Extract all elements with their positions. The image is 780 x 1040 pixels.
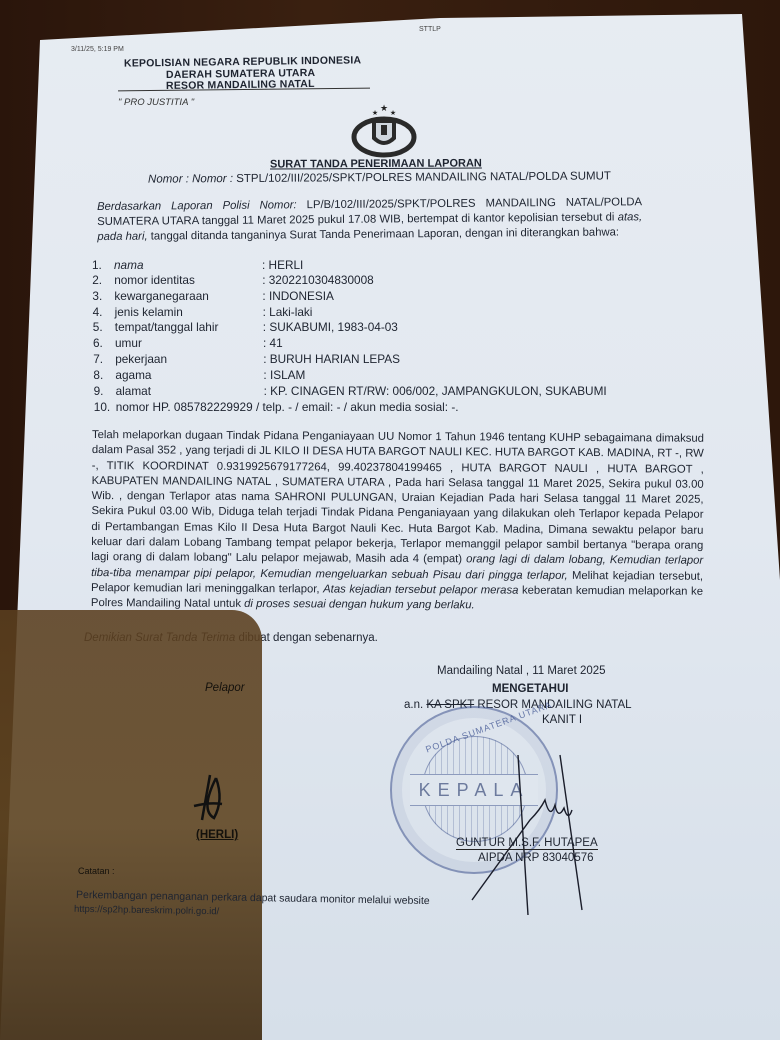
identity-value: : SUKABUMI, 1983-04-03	[263, 320, 398, 334]
form-code: STTLP	[419, 26, 441, 33]
officer-name: GUNTUR M.S.F. HUTAPEA	[456, 837, 598, 850]
print-timestamp: 3/11/25, 5:19 PM	[71, 46, 124, 53]
identity-row: 9.alamat: KP. CINAGEN RT/RW: 006/002, JA…	[94, 384, 607, 398]
identity-label: pekerjaan	[115, 352, 263, 366]
identity-label: tempat/tanggal lahir	[115, 320, 263, 334]
svg-text:★: ★	[390, 109, 396, 117]
identity-number: 4.	[93, 305, 115, 319]
an-line: a.n. KA SPKT RESOR MANDAILING NATAL	[404, 699, 632, 711]
identity-number: 9.	[94, 384, 116, 398]
report-part-4: Atas kejadian tersebut pelapor merasa	[323, 583, 518, 596]
identity-value: : INDONESIA	[262, 289, 333, 303]
mengetahui-label: MENGETAHUI	[492, 683, 568, 695]
svg-text:★: ★	[380, 103, 388, 113]
kanit-label: KANIT I	[542, 714, 582, 726]
officer-rank: AIPDA NRP 83040576	[478, 852, 594, 864]
identity-value: : HERLI	[262, 258, 303, 272]
identity-row: 6.umur: 41	[93, 336, 283, 350]
identity-label: nomor identitas	[114, 273, 262, 287]
identity-number: 3.	[92, 289, 114, 303]
catatan-label: Catatan :	[78, 866, 115, 876]
identity-number: 10.	[94, 400, 116, 414]
identity-value: : KP. CINAGEN RT/RW: 006/002, JAMPANGKUL…	[264, 384, 607, 398]
identity-value: : ISLAM	[263, 368, 305, 382]
identity-label: agama	[115, 368, 263, 382]
reporter-name: (HERLI)	[196, 829, 238, 841]
identity-number: 8.	[93, 368, 115, 382]
place-date: Mandailing Natal , 11 Maret 2025	[437, 665, 606, 677]
identity-row: 10.nomor HP. 085782229929 / telp. - / em…	[94, 400, 459, 414]
document-title: SURAT TANDA PENERIMAAN LAPORAN	[270, 157, 482, 170]
identity-row: 8.agama: ISLAM	[93, 368, 305, 382]
identity-value: : 3202210304830008	[262, 273, 374, 287]
identity-row: 1.nama: HERLI	[92, 258, 303, 272]
identity-label: umur	[115, 336, 263, 350]
identity-label: jenis kelamin	[115, 305, 263, 319]
svg-text:★: ★	[372, 109, 378, 117]
identity-label: nomor HP. 085782229929 / telp. - / email…	[116, 400, 459, 414]
identity-number: 2.	[92, 273, 114, 287]
pro-justitia: " PRO JUSTITIA "	[118, 97, 194, 108]
an-prefix: a.n.	[404, 699, 426, 711]
intro-prefix: Berdasarkan Laporan Polisi Nomor:	[97, 199, 297, 213]
identity-value: : Laki-laki	[263, 305, 313, 319]
reporter-signature-icon	[180, 770, 240, 830]
identity-label: kewarganegaraan	[114, 289, 262, 303]
report-paragraph: Telah melaporkan dugaan Tindak Pidana Pe…	[91, 428, 704, 615]
polri-emblem-icon: ★ ★ ★	[348, 101, 420, 159]
officer-signature-icon	[460, 750, 600, 920]
identity-number: 1.	[92, 258, 114, 272]
pelapor-label: Pelapor	[205, 682, 245, 694]
intro-paragraph: Berdasarkan Laporan Polisi Nomor: LP/B/1…	[97, 195, 642, 245]
identity-value: : BURUH HARIAN LEPAS	[263, 352, 400, 366]
identity-label: nama	[114, 258, 262, 272]
identity-label: alamat	[116, 384, 264, 398]
report-part-1: Telah melaporkan dugaan Tindak Pidana Pe…	[91, 429, 704, 566]
identity-number: 6.	[93, 336, 115, 350]
identity-row: 3.kewarganegaraan: INDONESIA	[92, 289, 333, 303]
identity-number: 7.	[93, 352, 115, 366]
intro-suffix: tanggal ditanda tanganinya Surat Tanda P…	[148, 226, 620, 242]
document-number-label: Nomor : Nomor :	[148, 173, 233, 186]
identity-row: 5.tempat/tanggal lahir: SUKABUMI, 1983-0…	[93, 320, 398, 334]
identity-value: : 41	[263, 336, 283, 350]
identity-row: 4.jenis kelamin: Laki-laki	[93, 305, 313, 319]
report-part-6: di proses sesuai dengan hukum yang berla…	[244, 598, 475, 611]
identity-number: 5.	[93, 320, 115, 334]
identity-row: 7.pekerjaan: BURUH HARIAN LEPAS	[93, 352, 400, 366]
identity-row: 2.nomor identitas: 3202210304830008	[92, 273, 374, 287]
